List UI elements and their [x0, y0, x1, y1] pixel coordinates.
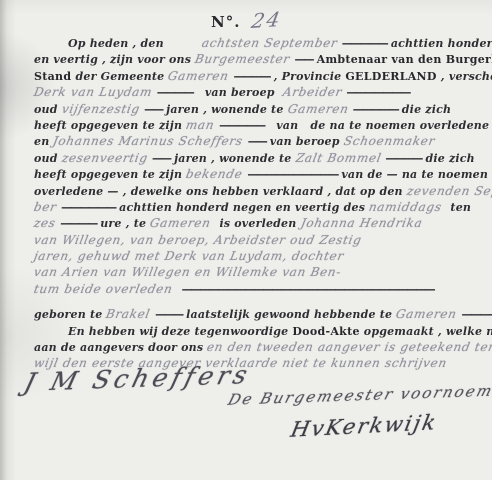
rule-dash: ———————————————————————————— [182, 283, 434, 296]
document-line: Derk van Luydam ———— van beroep Arbeider… [34, 83, 470, 99]
printed-text: en veertig , zijn voor ons [34, 53, 195, 66]
handwritten-text: Gameren [286, 102, 354, 116]
printed-text: geboren te [34, 308, 106, 321]
rule-dash: —— [152, 152, 170, 165]
document-line: en veertig , zijn voor ons Burgemeester … [34, 50, 470, 66]
signature-mayor-title: De Burgemeester voornoemd [226, 381, 492, 409]
printed-text: jaren , wonende te [162, 103, 287, 116]
printed-text: opgemaakt , welke na voorlezing [360, 325, 492, 338]
handwritten-text: Gameren [395, 307, 463, 321]
handwritten-text: Schoenmaker [342, 134, 436, 148]
rule-dash: —— [248, 135, 266, 148]
handwritten-text: Gameren [149, 216, 217, 230]
rule-dash: —————————— [247, 168, 337, 181]
rule-dash: ———— [234, 70, 270, 83]
handwritten-text: Johanna Hendrika [299, 216, 423, 230]
printed-text-bold: Dood-Akte [292, 325, 359, 338]
printed-text: van beroep [193, 86, 283, 99]
handwritten-text: Gameren [167, 69, 235, 83]
handwritten-text: Zalt Bommel [294, 151, 387, 165]
handwritten-text: Arbeider [281, 85, 347, 99]
handwritten-text: man [185, 118, 221, 132]
document-line: heeft opgegeven te zijn bekende ————————… [34, 165, 470, 181]
printed-text: Op heden , den [68, 37, 168, 50]
printed-text: jaren , wonende te [170, 152, 295, 165]
rule-dash: ——————— [346, 86, 409, 99]
printed-text-bold: Stand [34, 70, 75, 83]
document-line: tum beide overleden ————————————————————… [34, 280, 470, 296]
handwritten-text: Brakel [105, 307, 156, 321]
document-line: overledene — , dewelke ons hebben verkla… [34, 182, 470, 198]
printed-text: achttien honderd negen [387, 37, 492, 50]
printed-text: heeft opgegeven te zijn [34, 168, 186, 181]
printed-text: aan de aangevers door ons [34, 341, 207, 354]
printed-text: die zich [421, 152, 474, 165]
printed-text: is overleden [215, 217, 300, 230]
printed-text: heeft opgegeven te zijn [34, 119, 186, 132]
handwritten-text: en den tweeden aangever is geteekend ter [206, 340, 492, 354]
printed-text: der Gemeente [75, 70, 168, 83]
rule-dash: ————— [353, 103, 398, 116]
rule-dash: —— [295, 53, 313, 66]
number-label: N°. [211, 13, 240, 31]
document-line: ber —————— achttien honderd negen en vee… [34, 198, 470, 214]
document-body: Op heden , den achtsten September ————— … [34, 34, 470, 371]
handwritten-text: van Arien van Willegen en Willemke van B… [33, 265, 343, 279]
printed-text: van de — na te noemen [337, 168, 488, 181]
printed-text: laatstelijk gewoond hebbende te [182, 308, 396, 321]
printed-text: en [34, 135, 53, 148]
handwritten-text: ber [33, 200, 63, 214]
printed-text: overledene — , dewelke ons hebben verkla… [34, 185, 407, 198]
document-number-header: N°. 24 [0, 8, 492, 32]
printed-text: , verschenen [437, 70, 492, 83]
document-line: zes ———— ure , te Gameren is overleden J… [34, 214, 470, 230]
document-line: en Johannes Marinus Scheffers —— van ber… [34, 132, 470, 148]
rule-dash: —————— [61, 201, 115, 214]
printed-text: ten [446, 201, 471, 214]
document-line: En hebben wij deze tegenwoordige Dood-Ak… [34, 322, 470, 338]
document-line: van Arien van Willegen en Willemke van B… [34, 263, 470, 279]
number-value-handwritten: 24 [249, 7, 283, 33]
rule-dash: ———— [157, 86, 193, 99]
printed-text: oud [34, 152, 62, 165]
handwritten-text: zes [33, 216, 62, 230]
handwritten-text: Burgemeester [194, 52, 296, 66]
handwritten-text: tum beide overleden [33, 282, 183, 296]
document-line: oud vijfenzestig —— jaren , wonende te G… [34, 100, 470, 116]
rule-dash: ————— [342, 37, 387, 50]
document-line: Stand der Gemeente Gameren ———— , Provin… [34, 67, 470, 83]
death-certificate-page: N°. 24 Op heden , den achtsten September… [0, 0, 492, 480]
rule-dash: ————— [461, 308, 492, 321]
printed-text: achttien honderd negen en veertig des [115, 201, 369, 214]
handwritten-text: namiddags [368, 200, 448, 214]
document-line: oud zesenveertig —— jaren , wonende te Z… [34, 149, 470, 165]
rule-dash: ———— [60, 217, 96, 230]
handwritten-text: bekende [185, 167, 249, 181]
handwritten-text: Derk van Luydam [33, 85, 158, 99]
document-line: van Willegen, van beroep, Arbeidster oud… [34, 231, 470, 247]
handwritten-text: achtsten September [166, 36, 343, 50]
printed-text: van beroep [266, 135, 344, 148]
document-line: Op heden , den achtsten September ————— … [34, 34, 470, 50]
printed-text: ure , te [96, 217, 150, 230]
printed-text-bold: Ambtenaar van den Burgerlijken [313, 53, 492, 66]
signature-mayor: HvKerkwijk [289, 410, 440, 442]
document-line: aan de aangevers door ons en den tweeden… [34, 338, 470, 354]
rule-dash: ———— [385, 152, 421, 165]
rule-dash: ——— [155, 308, 182, 321]
printed-text: , Provincie [270, 70, 346, 83]
rule-dash: —— [144, 103, 162, 116]
document-line: heeft opgegeven te zijn man ————— van de… [34, 116, 470, 132]
handwritten-text: van Willegen, van beroep, Arbeidster oud… [33, 233, 363, 247]
handwritten-text: jaren, gehuwd met Derk van Luydam, docht… [33, 249, 346, 263]
document-line: geboren te Brakel ——— laatstelijk gewoon… [34, 305, 470, 321]
rule-dash: ————— [219, 119, 264, 132]
printed-text: En hebben wij deze tegenwoordige [68, 325, 292, 338]
handwritten-text: Johannes Marinus Scheffers [52, 134, 249, 148]
printed-text: van de na te noemen overledene — ; [264, 119, 492, 132]
printed-text-bold: GELDERLAND [345, 70, 436, 83]
handwritten-text: vijfenzestig [60, 102, 145, 116]
handwritten-text: zesenveertig [60, 151, 153, 165]
document-line: jaren, gehuwd met Derk van Luydam, docht… [34, 247, 470, 263]
handwritten-text: zevenden Septem- [405, 184, 492, 198]
printed-text: oud [34, 103, 62, 116]
printed-text: die zich [398, 103, 451, 116]
